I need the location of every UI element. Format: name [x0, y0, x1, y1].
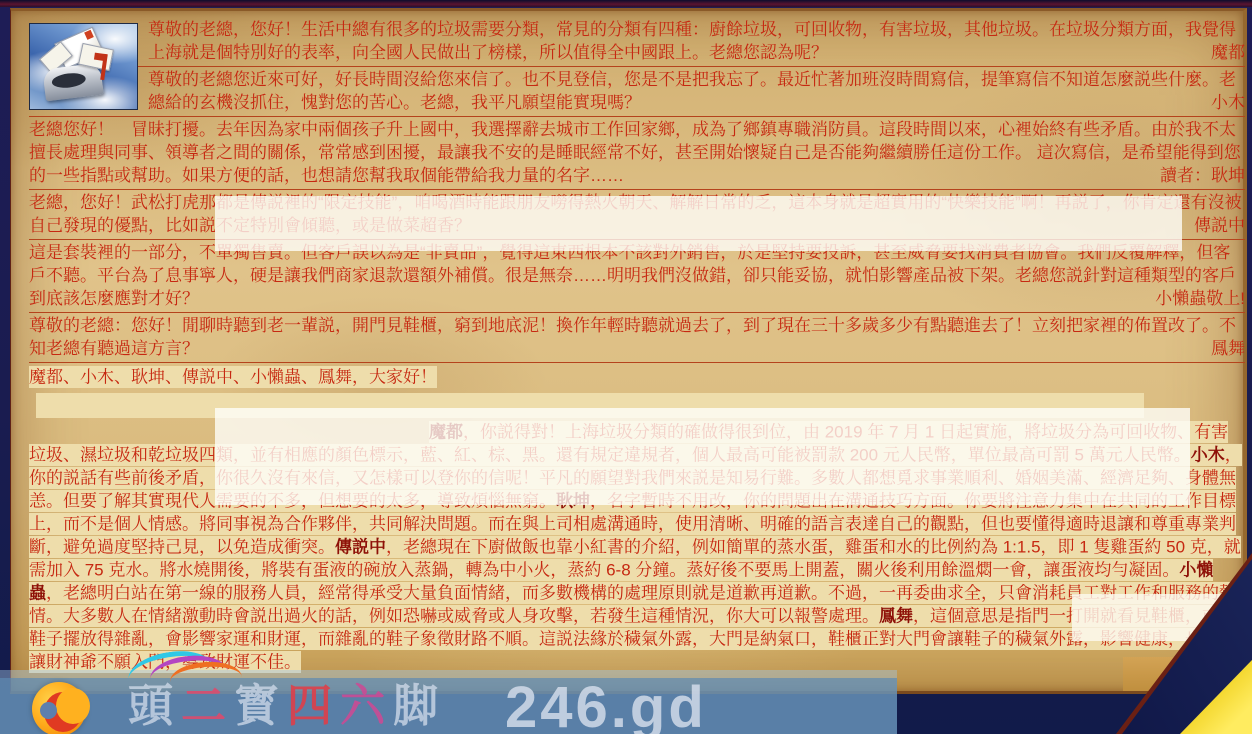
white-overlay-box: [215, 408, 1190, 505]
watermark-character: 四: [287, 680, 332, 732]
reader-letter-6: 尊敬的老總：您好！閒聊時聽到老一輩説，開門見鞋櫃，窮到地底泥！換作年輕時聽就過去…: [29, 313, 1245, 363]
letter-signature: 小懶蟲敬上!: [1155, 287, 1245, 310]
reply-reader-name: 小木: [1191, 445, 1225, 464]
top-border-line: [0, 0, 1252, 7]
reply-reader-name: 鳳舞: [879, 606, 913, 625]
letter-signature: 讀者：耿坤: [1160, 164, 1245, 187]
watermark-character: 頭: [128, 680, 173, 732]
letters-content: 尊敬的老總，您好！生活中總有很多的垃圾需要分類，常見的分類有四種：廚餘垃圾，可回…: [29, 17, 1245, 673]
letter-signature: 小木: [1211, 91, 1245, 114]
watermark-character: 六: [340, 680, 385, 732]
watermark-logo-icon: [32, 682, 86, 734]
reply-reader-name: 傳説中: [335, 537, 386, 556]
watermark-character: 二: [181, 680, 226, 732]
letter-signature: 鳳舞: [1211, 337, 1245, 360]
watermark-character: 脚: [393, 680, 438, 732]
watermark-site-text: 246.gd: [505, 674, 707, 734]
reader-letter-1: 尊敬的老總，您好！生活中總有很多的垃圾需要分類，常見的分類有四種：廚餘垃圾，可回…: [29, 17, 1245, 67]
watermark-brand-characters: 頭二寳四六脚: [128, 680, 438, 732]
white-overlay-box: [215, 196, 1182, 251]
reader-letter-2: 尊敬的老總您近來可好，好長時間沒給您來信了。也不見登信，您是不是把我忘了。最近忙…: [29, 67, 1245, 117]
letter-paper: 尊敬的老總，您好！生活中總有很多的垃圾需要分類，常見的分類有四種：廚餘垃圾，可回…: [10, 8, 1247, 694]
reader-letter-3: 老總您好！ 冒昧打擾。去年因為家中兩個孩子升上國中，我選擇辭去城市工作回家鄉，成…: [29, 117, 1245, 190]
letter-text: 老總您好！ 冒昧打擾。去年因為家中兩個孩子升上國中，我選擇辭去城市工作回家鄉，成…: [29, 120, 1241, 185]
letter-text: 尊敬的老總您近來可好，好長時間沒給您來信了。也不見登信，您是不是把我忘了。最近忙…: [148, 70, 1236, 112]
reply-reader-name: 小懶蟲: [29, 560, 1213, 602]
letter-text: 這是套裝裡的一部分，不單獨售賣。但客戶誤以為是“非賣品”，覺得這東西根本不該對外…: [29, 243, 1236, 308]
watermark-bar: 頭二寳四六脚 246.gd: [0, 678, 897, 734]
letter-text: 尊敬的老總：您好！閒聊時聽到老一輩説，開門見鞋櫃，窮到地底泥！換作年輕時聽就過去…: [29, 316, 1236, 358]
first-letters-block: 尊敬的老總，您好！生活中總有很多的垃圾需要分類，常見的分類有四種：廚餘垃圾，可回…: [29, 17, 1245, 117]
stamp-icon: [84, 30, 94, 40]
greeting-text: 魔都、小木、耿坤、傳説中、小懶蟲、鳳舞，大家好！: [29, 366, 437, 388]
dot-shape: [40, 702, 57, 719]
mailbox-opening: [51, 71, 86, 89]
watermark-character: 寳: [234, 680, 279, 732]
letter-signature: 魔都: [1211, 41, 1245, 64]
mailbox-image: [29, 23, 138, 110]
page-background: 尊敬的老總，您好！生活中總有很多的垃圾需要分類，常見的分類有四種：廚餘垃圾，可回…: [0, 0, 1252, 734]
letter-text: 尊敬的老總，您好！生活中總有很多的垃圾需要分類，常見的分類有四種：廚餘垃圾，可回…: [148, 20, 1236, 62]
letter-signature: 傳説中: [1194, 214, 1245, 237]
reply-greeting: 魔都、小木、耿坤、傳説中、小懶蟲、鳳舞，大家好！: [29, 363, 1245, 390]
